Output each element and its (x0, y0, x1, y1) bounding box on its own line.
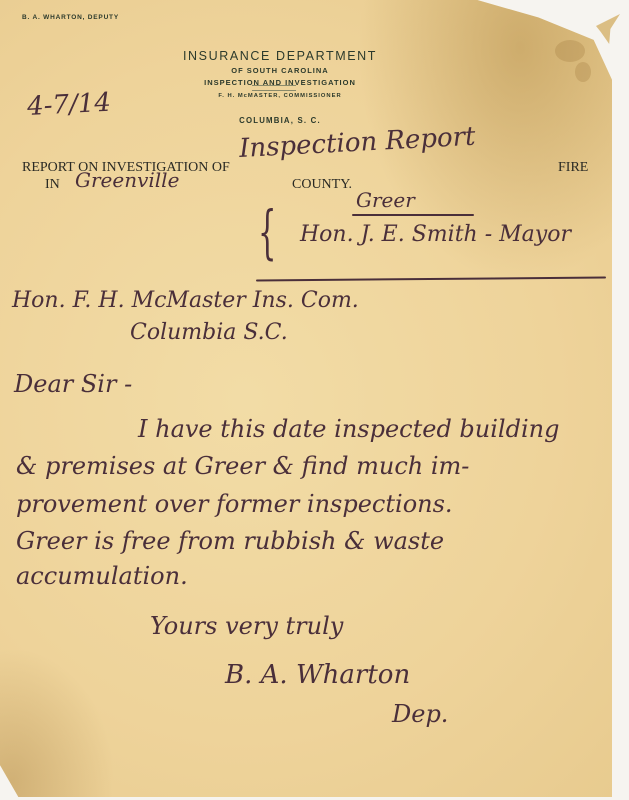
body-line-4: Greer is free from rubbish & waste (16, 527, 444, 555)
handwritten-county: Greenville (75, 168, 179, 192)
body-line-1: I have this date inspected building (138, 415, 559, 443)
form-in-label: IN (45, 177, 60, 193)
letterhead-title: INSURANCE DEPARTMENT (0, 49, 560, 63)
brace-mark: { (258, 198, 276, 266)
form-fire-label: FIRE (558, 160, 588, 176)
recipient-line-1: Hon. F. H. McMaster Ins. Com. (12, 288, 359, 313)
letterhead-subtitle-state: OF SOUTH CAROLINA (0, 66, 560, 75)
handwritten-date: 4-7/14 (26, 88, 111, 122)
letterhead-deputy: B. A. WHARTON, DEPUTY (22, 14, 119, 21)
handwritten-town: Greer (356, 188, 415, 212)
body-line-2: & premises at Greer & find much im- (16, 452, 469, 480)
stain (575, 62, 591, 82)
form-county-label: COUNTY. (292, 177, 352, 193)
signature: B. A. Wharton (225, 660, 410, 690)
recipient-line-2: Columbia S.C. (130, 320, 288, 345)
letterhead-divider (252, 85, 296, 91)
body-line-5: accumulation. (16, 562, 188, 590)
body-line-3: provement over former inspections. (16, 490, 453, 518)
handwritten-addressee-mayor: Hon. J. E. Smith - Mayor (300, 222, 571, 247)
salutation: Dear Sir - (14, 370, 132, 398)
closing: Yours very truly (150, 612, 343, 640)
town-underline (352, 214, 474, 216)
torn-corner (596, 14, 620, 44)
signature-title: Dep. (392, 700, 448, 728)
